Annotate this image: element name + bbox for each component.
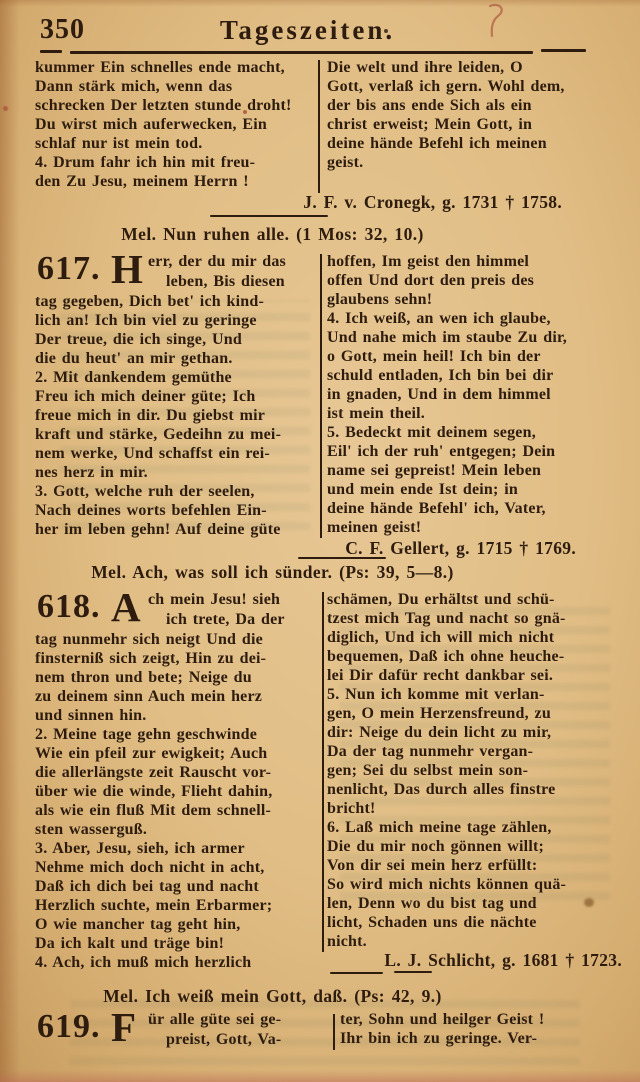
verse-line: über wie die winde, Flieht dahin, [35,782,318,801]
column-divider [318,60,320,193]
hymn-opening: 618. A ch mein Jesu! siehich trete, Da d… [35,590,318,630]
column-divider [322,592,324,952]
verse-line: lei Dir dafür recht dankbar sei. [327,666,630,685]
verse-line: Nehme mich doch nicht in acht, [35,858,318,877]
verse-line: Die welt und ihre leiden, O [327,58,630,77]
verse-line: als wie ein fluß Mit dem schnell- [35,801,318,820]
verse-line: nem werke, Und schaffst ein rei- [35,444,318,463]
verse-line: tag gegeben, Dich bet' ich kind- [35,292,318,311]
verse-line: 2. Mit dankendem gemüthe [35,368,318,387]
verse-line: 4. Ich weiß, an wen ich glaube, [327,309,630,328]
ink-stain [584,898,594,907]
right-column: ter, Sohn und heilger Geist !Ihr bin ich… [340,1010,632,1048]
hymn-opening: 619. F ür alle güte sei ge-preist, Gott,… [35,1010,318,1050]
header-rule [541,49,586,52]
verse-line: meinen geist! [327,518,630,537]
red-pen-mark [468,2,524,46]
verse-line: Da der tag nunmehr vergan- [327,742,630,761]
verse-line: schrecken Der letzten stunde droht! [35,96,318,115]
verse-line: kummer Ein schnelles ende macht, [35,58,318,77]
verse-line: gen; Sei du selbst mein son- [327,761,630,780]
verse-line: 3. Gott, welche ruh der seelen, [35,482,318,501]
verse-line: 4. Drum fahr ich hin mit freu- [35,153,318,172]
verse-line: nicht. [327,932,630,951]
verse-line: christ erweist; Mein Gott, in [327,115,630,134]
verse-line: err, der du mir das [148,252,318,272]
verse-line: der bis ans ende Sich als ein [327,96,630,115]
verse-line: Da ich kalt und träge bin! [35,934,318,953]
verse-line: tag nunmehr sich neigt Und die [35,630,318,649]
right-column: Die welt und ihre leiden, OGott, verlaß … [327,58,630,172]
verse-line: nenlicht, Das durch alles finstre [327,780,630,799]
verse-line: 2. Meine tage gehn geschwinde [35,725,318,744]
verse-line: ist mein theil. [327,404,630,423]
verse-line: und sinnen hin. [35,706,318,725]
verse-line: o Gott, mein heil! Ich bin der [327,347,630,366]
verse-line: schlaf nur ist mein tod. [35,134,318,153]
page-edge-top [0,0,640,7]
verse-line: ch mein Jesu! sieh [148,590,318,610]
verse-line: gen, O mein Herzensfreund, zu [327,704,630,723]
verse-line: schämen, Du erhältst und schü- [327,590,630,609]
verse-line: Ihr bin ich zu geringe. Ver- [340,1029,632,1048]
verse-line: Daß ich dich bei tag und nacht [35,877,318,896]
verse-line: Dann stärk mich, wenn das [35,77,318,96]
hymn-opening: 617. H err, der du mir dasleben, Bis die… [35,252,318,292]
red-speck [243,110,247,114]
right-column: hoffen, Im geist den himmeloffen Und dor… [327,252,630,537]
verse-line: offen Und dort den preis des [327,271,630,290]
verse-line: preist, Gott, Va- [166,1030,318,1050]
verse-line: nem thron und bete; Neige du [35,668,318,687]
left-column: 618. A ch mein Jesu! siehich trete, Da d… [35,590,318,972]
melody-line-619: Mel. Ich weiß mein Gott, daß. (Ps: 42, 9… [0,986,545,1007]
column-divider [333,1014,335,1050]
verse-line: tzest mich Tag und nacht so gnä- [327,609,630,628]
hymn-number: 619. [37,1008,101,1046]
verse-line: Und nahe mich im staube Zu dir, [327,328,630,347]
verse-line: deine hände Befehl' ich, Vater, [327,499,630,518]
verse-line: O wie mancher tag geht hin, [35,915,318,934]
author-attribution: C. F. Gellert, g. 1715 † 1769. [345,538,576,559]
attribution-rule [298,557,386,559]
verse-line: die allerlängste zeit Rauscht vor- [35,763,318,782]
verse-line: ter, Sohn und heilger Geist ! [340,1010,632,1029]
verse-line: Eil' ich der ruh' entgegen; Dein [327,442,630,461]
verse-line: zu deinem sinn Auch mein herz [35,687,318,706]
verse-line: So wird mich nichts können quä- [327,875,630,894]
verse-line: ür alle güte sei ge- [148,1010,318,1030]
verse-line: lich an! Ich bin viel zu geringe [35,311,318,330]
ink-speck [384,29,388,33]
verse-line: 4. Ach, ich muß mich herzlich [35,953,318,972]
hymn-number: 617. [37,250,101,288]
verse-line: in gnaden, Und in dem himmel [327,385,630,404]
left-column: 617. H err, der du mir dasleben, Bis die… [35,252,318,539]
verse-line: kraft und stärke, Gedeihn zu mei- [35,425,318,444]
drop-cap: F [111,1007,136,1048]
author-attribution: J. F. v. Cronegk, g. 1731 † 1758. [303,192,562,213]
attribution-rule [210,215,328,217]
verse-line: geist. [327,153,630,172]
hymnal-page: 350 Tageszeiten. kummer Ein schnelles en… [0,0,640,1082]
page-edge-bottom [0,1070,640,1082]
verse-line: name sei gepreist! Mein leben [327,461,630,480]
right-column: schämen, Du erhältst und schü-tzest mich… [327,590,630,951]
header-rule [70,51,533,54]
verse-line: diglich, Und ich will mich nicht [327,628,630,647]
verse-line: freue mich in dir. Du giebst mir [35,406,318,425]
hymn-number: 618. [37,588,101,626]
verse-line: ich trete, Da der [166,610,318,630]
verse-line: Gott, verlaß ich gern. Wohl dem, [327,77,630,96]
verse-line: Freu ich mich deiner güte; Ich [35,387,318,406]
left-column: kummer Ein schnelles ende macht,Dann stä… [35,58,318,191]
verse-line: Die du mir noch gönnen willt; [327,837,630,856]
attribution-rule [330,972,383,974]
verse-line: glaubens sehn! [327,290,630,309]
verse-line: hoffen, Im geist den himmel [327,252,630,271]
melody-line-617: Mel. Nun ruhen alle. (1 Mos: 32, 10.) [0,224,545,245]
verse-line: Von dir sei mein herz erfüllt: [327,856,630,875]
verse-line: 5. Bedeckt mit deinem segen, [327,423,630,442]
verse-line: Herzlich suchte, mein Erbarmer; [35,896,318,915]
drop-cap: A [111,587,141,628]
header-rule [40,50,62,53]
verse-line: bequemen, Daß ich ohne heuche- [327,647,630,666]
drop-cap: H [111,249,143,290]
verse-line: dir: Neige du dein licht zu mir, [327,723,630,742]
verse-line: 5. Nun ich komme mit verlan- [327,685,630,704]
verse-line: Nach deines worts befehlen Ein- [35,501,318,520]
verse-line: deine hände Befehl ich meinen [327,134,630,153]
verse-line: sten wasserguß. [35,820,318,839]
verse-line: leben, Bis diesen [166,272,318,292]
verse-line: finsterniß sich zeigt, Hin zu dei- [35,649,318,668]
left-column: 619. F ür alle güte sei ge-preist, Gott,… [35,1010,318,1050]
verse-line: bricht! [327,799,630,818]
verse-line: und mein ende Ist dein; in [327,480,630,499]
verse-line: licht, Schaden uns die nächte [327,913,630,932]
column-divider [320,254,322,538]
verse-line: Du wirst mich auferwecken, Ein [35,115,318,134]
verse-line: den Zu Jesu, meinem Herrn ! [35,172,318,191]
melody-line-618: Mel. Ach, was soll ich sünder. (Ps: 39, … [0,562,545,583]
page-edge-left [0,0,20,1082]
verse-line: 6. Laß mich meine tage zählen, [327,818,630,837]
verse-line: nes herz in mir. [35,463,318,482]
verse-line: die du heut' an mir gethan. [35,349,318,368]
verse-line: schuld entladen, Ich bin bei dir [327,366,630,385]
verse-line: her im leben gehn! Auf deine güte [35,520,318,539]
verse-line: Wie ein pfeil zur ewigkeit; Auch [35,744,318,763]
red-speck [3,106,8,111]
verse-line: Der treue, die ich singe, Und [35,330,318,349]
author-attribution: L. J. Schlicht, g. 1681 † 1723. [384,950,622,971]
verse-line: 3. Aber, Jesu, sieh, ich armer [35,839,318,858]
attribution-rule [394,971,432,973]
